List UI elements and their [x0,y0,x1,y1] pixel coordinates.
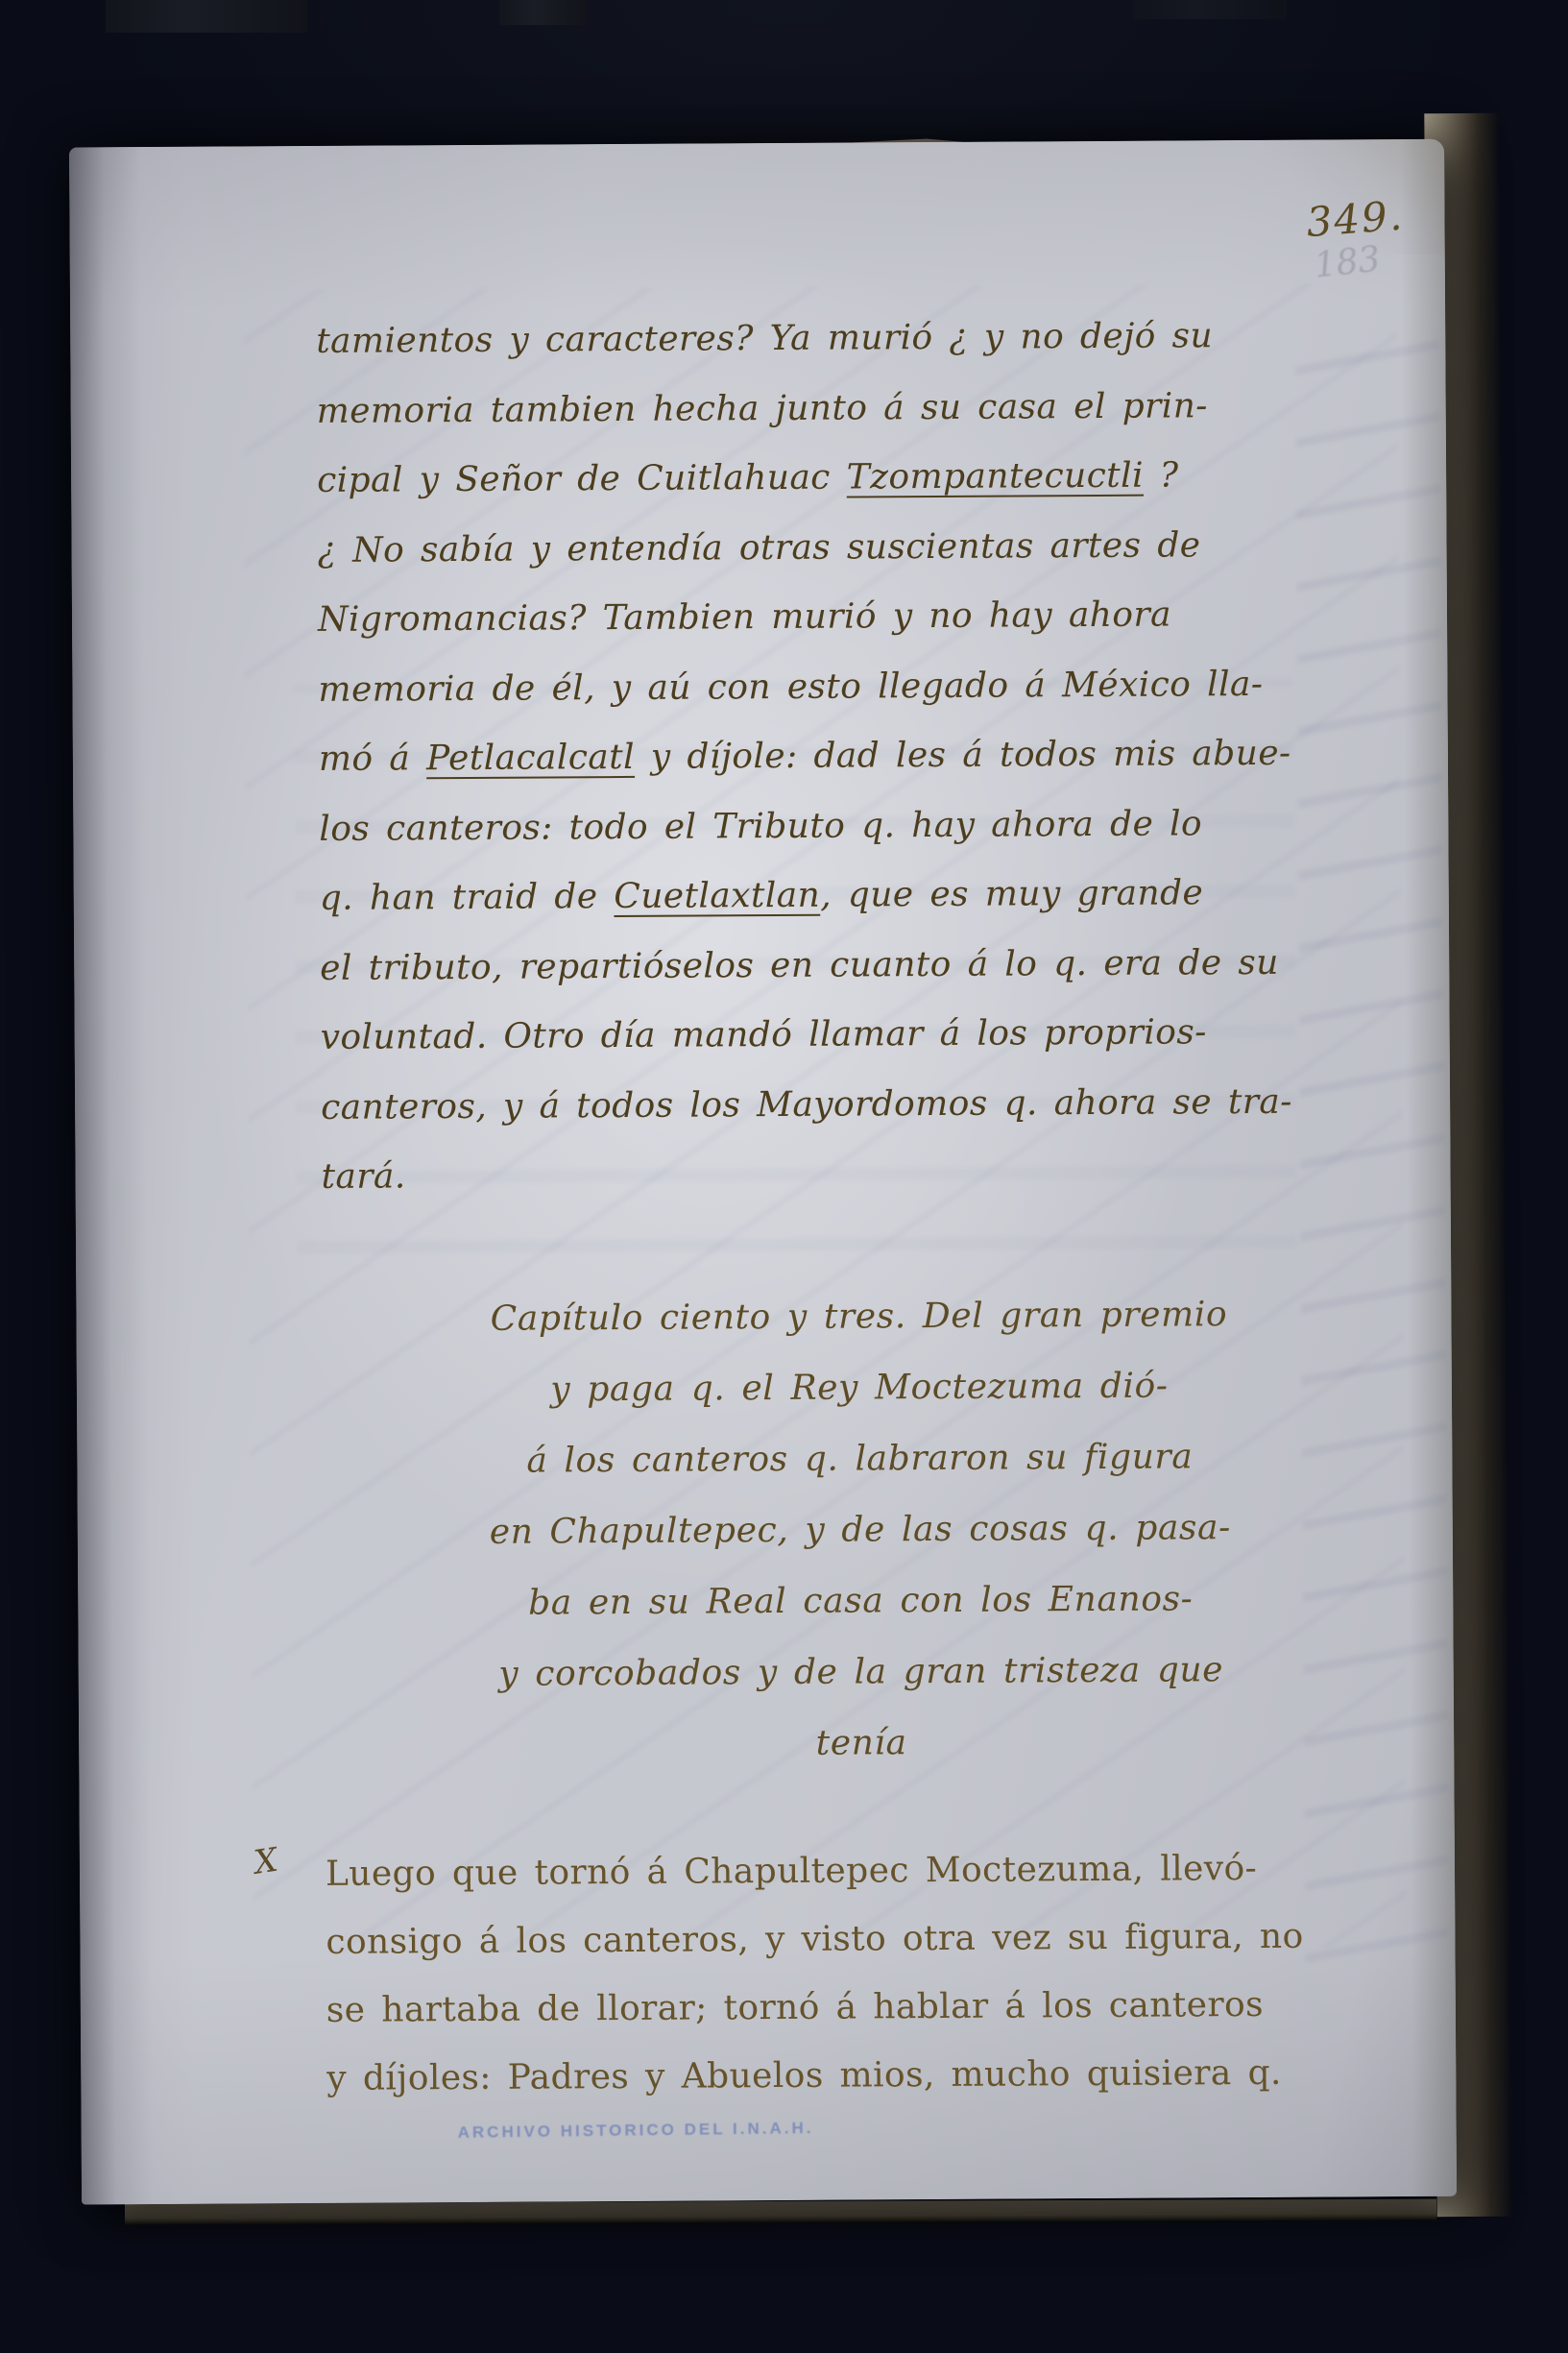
manuscript-line: ba en su Real casa con los Enanos- [308,1563,1412,1640]
manuscript-line: consigo á los canteros, y visto otra vez… [326,1902,1426,1977]
manuscript-line: mó á Petlacalcatl y díjole: dad les á to… [319,718,1410,794]
handwritten-text: voluntad. Otro día mandó llamar á los pr… [321,1012,1207,1057]
paragraph-1: tamientos y caracteres? Ya murió ¿ y no … [316,301,1412,1212]
manuscript-line: q. han traid de Cuetlaxtlan, que es muy … [320,858,1411,934]
manuscript-line: Nigromancias? Tambien murió y no hay aho… [318,579,1409,655]
manuscript-line: memoria de él, y aú con esto llegado á M… [318,648,1409,724]
handwritten-text: cipal y Señor de Cuitlahuac [317,458,847,500]
handwritten-text: memoria tambien hecha junto á su casa el… [317,386,1208,431]
manuscript-line: canteros, y á todos los Mayordomos q. ah… [321,1066,1411,1142]
handwritten-text: mó á [319,739,426,779]
manuscript-line: Luego que tornó á Chapultepec Moctezuma,… [326,1833,1426,1908]
manuscript-photo: 349. 183 tamientos y caracteres? Ya muri… [0,0,1568,2353]
handwritten-text: el tributo, repartióselos en cuanto á lo… [320,942,1279,987]
manuscript-line: el tributo, repartióselos en cuanto á lo… [320,927,1411,1003]
handwritten-text: Luego que tornó á Chapultepec Moctezuma,… [326,1849,1257,1894]
manuscript-line: en Chapultepec, y de las cosas q. pasa- [308,1492,1412,1569]
manuscript-line: Capítulo ciento y tres. Del gran premio [306,1278,1411,1356]
underlined-word: Cuetlaxtlan [614,876,820,916]
handwritten-text: y paga q. el Rey Moctezuma dió- [550,1367,1169,1410]
handwritten-text: ¿ No sabía y entendía otras suscientas a… [317,525,1200,570]
handwritten-text: tamientos y caracteres? Ya murió ¿ y no … [316,316,1213,361]
manuscript-line: tará. [321,1136,1411,1212]
manuscript-line: memoria tambien hecha junto á su casa el… [316,370,1407,446]
handwritten-text: canteros, y á todos los Mayordomos q. ah… [321,1081,1292,1127]
chapter-heading: Capítulo ciento y tres. Del gran premioy… [306,1278,1413,1783]
handwritten-text: y corcobados y de la gran tristeza que [498,1650,1223,1694]
folio-number-pencil: 183 [1313,240,1383,286]
manuscript-line: los canteros: todo el Tributo q. hay aho… [319,788,1410,863]
handwritten-text: q. han traid de [320,877,615,918]
handwritten-text: y díjoles: Padres y Abuelos mios, mucho … [326,2053,1282,2098]
handwritten-text: memoria de él, y aú con esto llegado á M… [318,664,1263,709]
handwritten-text: ? [1144,455,1179,495]
manuscript-line: ¿ No sabía y entendía otras suscientas a… [317,509,1408,585]
paragraph-2: Luego que tornó á Chapultepec Moctezuma,… [326,1833,1428,2113]
manuscript-line: y paga q. el Rey Moctezuma dió- [307,1349,1411,1427]
archive-stamp: ARCHIVO HISTORICO DEL I.N.A.H. [458,2117,957,2143]
handwritten-text: y díjole: dad les á todos mis abue- [635,734,1291,777]
underlined-word: Tzompantecuctli [847,456,1145,497]
manuscript-line: se hartaba de llorar; tornó á hablar á l… [326,1970,1427,2045]
underlined-word: Petlacalcatl [426,738,635,778]
handwritten-text: , que es muy grande [820,873,1203,914]
gutter-shadow [69,147,197,2205]
manuscript-line: tenía [309,1705,1413,1783]
handwritten-text: Capítulo ciento y tres. Del gran premio [491,1295,1228,1339]
handwritten-text: tenía [816,1723,907,1763]
handwritten-text: los canteros: todo el Tributo q. hay aho… [319,804,1202,849]
folio-number-ink: 349. [1305,192,1406,247]
manuscript-line: cipal y Señor de Cuitlahuac Tzompantecuc… [317,440,1408,516]
manuscript-line: tamientos y caracteres? Ya murió ¿ y no … [316,301,1407,376]
binding-fabric [106,0,307,33]
handwritten-text: Nigromancias? Tambien murió y no hay aho… [318,594,1171,639]
handwritten-text: tará. [321,1156,405,1197]
manuscript-line: y corcobados y de la gran tristeza que [309,1634,1413,1711]
binding-fabric [499,0,586,25]
handwritten-text: en Chapultepec, y de las cosas q. pasa- [490,1508,1231,1552]
manuscript-line: á los canteros q. labraron su figura [307,1420,1411,1498]
manuscript-line: voluntad. Otro día mandó llamar á los pr… [320,997,1411,1073]
manuscript-page: 349. 183 tamientos y caracteres? Ya muri… [69,139,1457,2205]
manuscript-line: y díjoles: Padres y Abuelos mios, mucho … [326,2038,1427,2113]
handwritten-text: se hartaba de llorar; tornó á hablar á l… [326,1985,1264,2030]
handwritten-text: consigo á los canteros, y visto otra vez… [326,1917,1303,1962]
binding-fabric [1133,0,1287,19]
handwritten-text: ba en su Real casa con los Enanos- [528,1579,1193,1622]
handwritten-text: á los canteros q. labraron su figura [526,1437,1193,1480]
